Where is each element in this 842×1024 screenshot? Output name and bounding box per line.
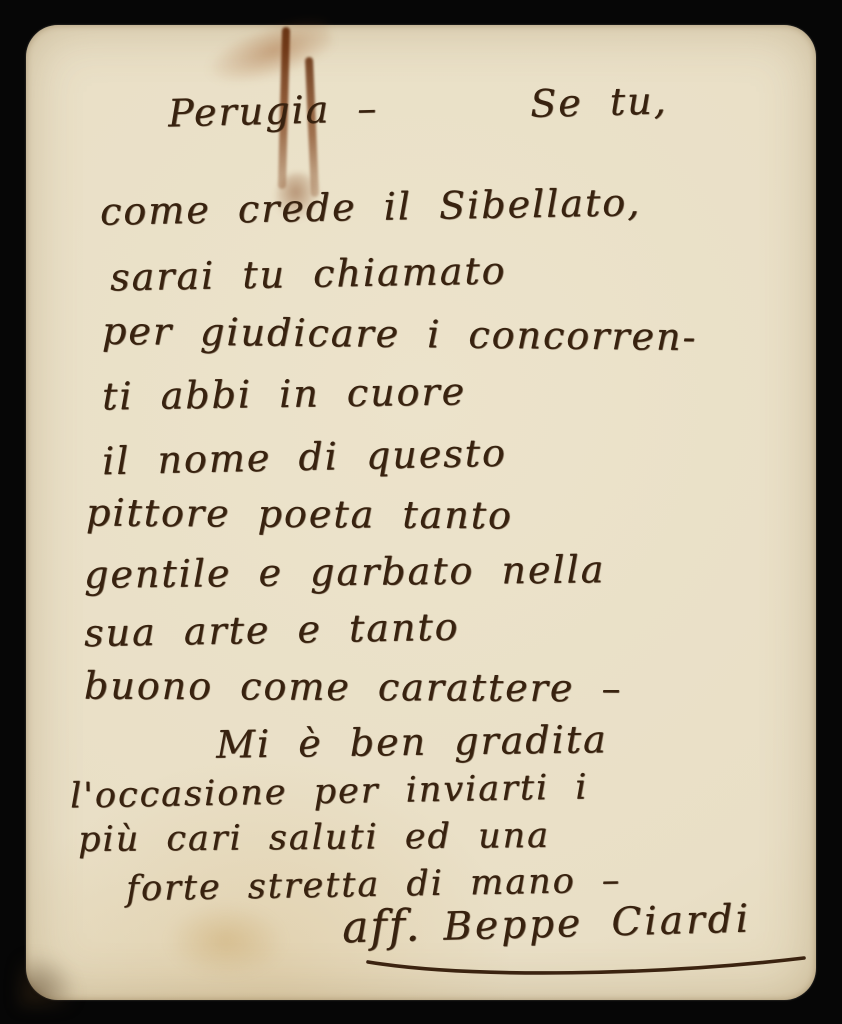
- letter-line: per giudicare i concorren-: [102, 309, 698, 359]
- letter-line-text: sua arte e tanto: [84, 605, 460, 656]
- letter-line: il nome di questo: [102, 431, 508, 483]
- letter-line: Mi è ben gradita: [216, 717, 608, 766]
- signature-name: Beppe Ciardi: [443, 897, 752, 950]
- letter-line-text: Mi è ben gradita: [216, 717, 608, 766]
- letter-line: gentile e garbato nella: [84, 547, 606, 596]
- letter-line-text: più cari saluti ed una: [78, 816, 550, 860]
- letter-line: come crede il Sibellato,: [100, 180, 642, 233]
- letter-line-text: pittore poeta tanto: [86, 491, 513, 538]
- letter-opening: Se tu,: [530, 78, 669, 126]
- letter-line-text: sarai tu chiamato: [110, 249, 507, 300]
- letter-place: Perugia –: [168, 86, 379, 135]
- letter-line: pittore poeta tanto: [86, 491, 513, 538]
- bottom-left-foxing-stain: [166, 903, 286, 978]
- signature: aff.Beppe Ciardi: [341, 892, 751, 954]
- letter-line-text: come crede il Sibellato,: [100, 180, 642, 233]
- letter-line: l'occasione per inviarti i: [70, 767, 589, 816]
- letter-card: Perugia –Se tu, come crede il Sibellato,…: [26, 25, 816, 1000]
- letter-line-text: gentile e garbato nella: [84, 547, 606, 596]
- letter-line: buono come carattere –: [84, 664, 623, 711]
- letter-line-text: buono come carattere –: [84, 664, 623, 711]
- signature-prefix: aff.: [341, 900, 422, 953]
- letter-line: sarai tu chiamato: [110, 249, 507, 300]
- letter-line-text: ti abbi in cuore: [102, 369, 467, 418]
- letter-line-text: l'occasione per inviarti i: [70, 767, 589, 816]
- letter-line: ti abbi in cuore: [102, 369, 467, 418]
- letter-line: sua arte e tanto: [84, 605, 460, 656]
- letter-line: più cari saluti ed una: [78, 816, 550, 860]
- signature-underline-flourish: [362, 953, 810, 981]
- letter-line-text: per giudicare i concorren-: [102, 309, 698, 359]
- photo-background: Perugia –Se tu, come crede il Sibellato,…: [0, 0, 842, 1024]
- rust-smudge-stain: [200, 12, 338, 98]
- bottom-left-corner-smudge: [18, 953, 78, 1008]
- letter-line-text: il nome di questo: [102, 431, 508, 483]
